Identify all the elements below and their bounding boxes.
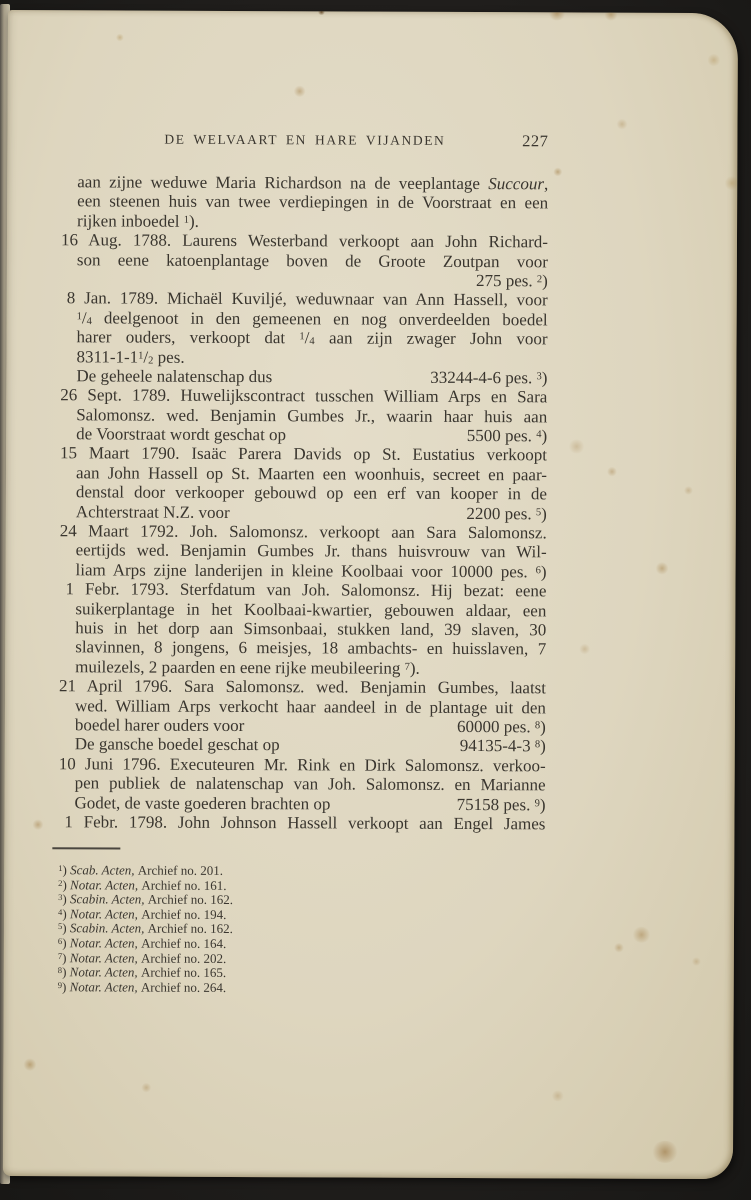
text-line: suikerplantage in het Koolbaai-kwartier,… <box>59 599 546 621</box>
stain <box>632 927 651 943</box>
text-line: 15 Maart 1790. Isaäc Parera Davids op St… <box>60 444 547 466</box>
text-line: 16 Aug. 1788. Laurens Westerband verkoop… <box>61 230 548 252</box>
stain <box>553 167 562 176</box>
text-line: slavinnen, 8 jongens, 6 meisjes, 18 amba… <box>59 638 546 660</box>
stain <box>551 1090 564 1101</box>
text-line: rijken inboedel 1). <box>61 211 548 233</box>
stain <box>607 467 617 477</box>
text-line: eertijds wed. Benjamin Gumbes Jr. thans … <box>60 541 547 563</box>
page-number: 227 <box>522 131 548 151</box>
book-page: DE WELVAART EN HARE VIJANDEN 227 aan zij… <box>3 10 738 1179</box>
footnotes: 1) Scab. Acten, Archief no. 201.2) Notar… <box>58 863 479 996</box>
text-line: aan John Hassell op St. Maarten een woon… <box>60 463 547 485</box>
text-line: De geheele nalatenschap dus33244-4-6 pes… <box>60 366 547 388</box>
stain <box>684 486 693 495</box>
running-title: DE WELVAART EN HARE VIJANDEN <box>164 132 445 149</box>
text-line: boedel harer ouders voor60000 pes. 8) <box>59 715 546 737</box>
text-line: denstal door verkooper gebouwd op een er… <box>60 482 547 504</box>
footnote: 9) Notar. Acten, Archief no. 264. <box>58 980 478 996</box>
text-line: 1 Febr. 1798. John Johnson Hassell verko… <box>58 812 545 834</box>
text-line: wed. William Arps verkocht haar aandeel … <box>59 696 546 718</box>
stain <box>616 119 627 130</box>
stain <box>579 643 590 654</box>
stain <box>708 53 720 67</box>
stain <box>548 10 566 20</box>
text-line: 24 Maart 1792. Joh. Salomonsz. verkoopt … <box>60 521 547 543</box>
text-line: 21 April 1796. Sara Salomonsz. wed. Benj… <box>59 676 546 698</box>
stain <box>604 10 618 21</box>
stain <box>651 1141 679 1163</box>
text-line: Salomonsz. wed. Benjamin Gumbes Jr., waa… <box>60 405 547 427</box>
stain <box>656 562 669 575</box>
text-line: de Voorstraat wordt geschat op5500 pes. … <box>60 424 547 446</box>
stain <box>32 819 43 830</box>
body-text: aan zijne weduwe Maria Richardson na de … <box>58 172 548 833</box>
text-line: 275 pes. 2) <box>61 269 548 291</box>
stain <box>294 85 306 97</box>
text-line: Godet, de vaste goederen brachten op7515… <box>59 793 546 815</box>
stain <box>23 1058 36 1071</box>
text-line: son eene katoenplantage boven de Groote … <box>61 250 548 272</box>
text-line: 8311-1-11/2 pes. <box>60 347 547 369</box>
stain <box>116 33 124 41</box>
text-line: liam Arps zijne landerijen in kleine Koo… <box>60 560 547 582</box>
stain <box>568 439 585 453</box>
text-line: harer ouders, verkoopt dat 1/4 aan zijn … <box>61 327 548 349</box>
stain <box>725 175 738 191</box>
text-line: 1 Febr. 1793. Sterfdatum van Joh. Salomo… <box>59 579 546 601</box>
text-line: een steenen huis van twee verdiepingen i… <box>61 192 548 214</box>
stain <box>318 10 325 15</box>
footnote-separator <box>52 847 120 849</box>
scan-background: { "page": { "header": { "title": "DE WEL… <box>0 0 751 1200</box>
text-line: 8 Jan. 1789. Michaël Kuviljé, weduwnaar … <box>61 289 548 311</box>
text-line: Achterstraat N.Z. voor2200 pes. 5) <box>60 502 547 524</box>
stain <box>614 943 624 953</box>
text-line: huis in het dorp aan Simsonbaai, stukken… <box>59 618 546 640</box>
text-line: 26 Sept. 1789. Huwelijkscontract tussche… <box>60 386 547 408</box>
text-line: muilezels, 2 paarden en eene rijke meubi… <box>59 657 546 679</box>
stain <box>692 957 701 966</box>
text-line: De gansche boedel geschat op94135-4-3 8) <box>59 735 546 757</box>
text-line: 10 Juni 1796. Executeuren Mr. Rink en Di… <box>59 754 546 776</box>
stain <box>141 1083 151 1093</box>
page-header: DE WELVAART EN HARE VIJANDEN 227 <box>61 131 548 155</box>
text-line: aan zijne weduwe Maria Richardson na de … <box>61 172 548 194</box>
text-line: pen publiek de nalatenschap van Joh. Sal… <box>59 773 546 795</box>
text-line: 1/4 deelgenoot in den gemeenen en nog on… <box>61 308 548 330</box>
